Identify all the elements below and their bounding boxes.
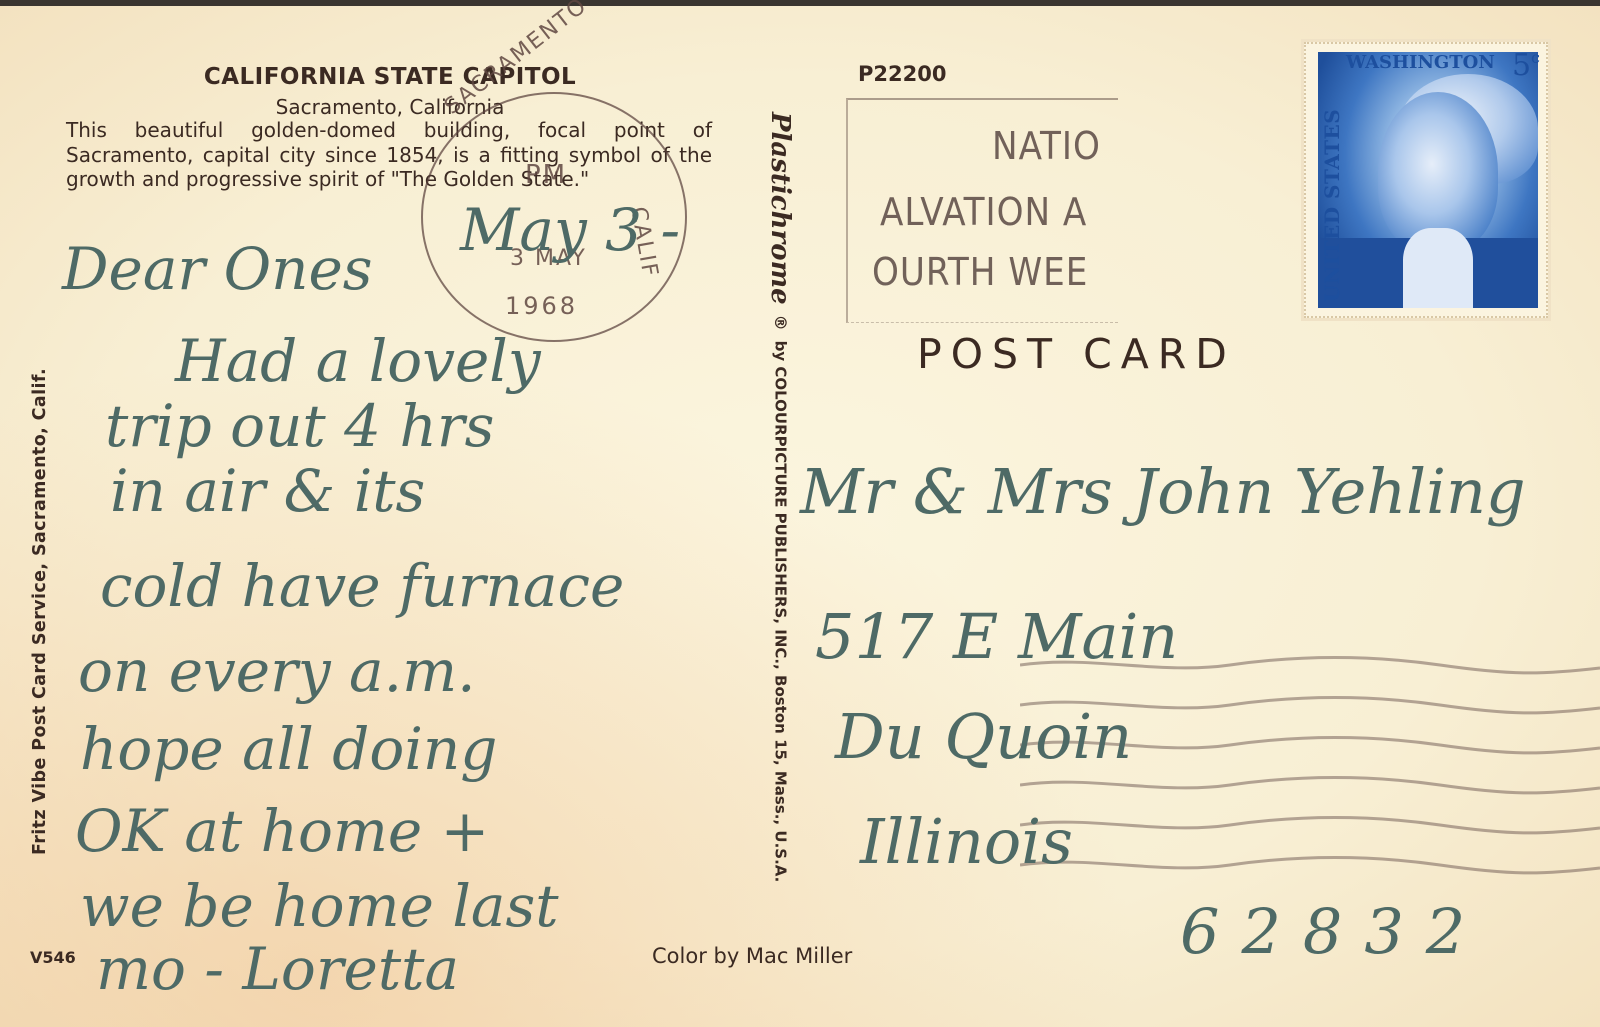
slogan-line: OURTH WEE <box>872 250 1088 294</box>
publisher-brand: Plastichrome <box>765 112 795 305</box>
card-title: CALIFORNIA STATE CAPITOL <box>60 64 720 90</box>
distributor-credit: Fritz Vibe Post Card Service, Sacramento… <box>30 368 50 855</box>
message-line: on every a.m. <box>78 640 476 702</box>
stamp-country: UNITED STATES <box>1320 109 1344 302</box>
product-code: P22200 <box>858 62 946 86</box>
message-line: Had a lovely <box>175 330 541 392</box>
address-city: Du Quoin <box>835 700 1132 773</box>
series-number: V546 <box>30 948 76 967</box>
message-line: we be home last <box>80 875 559 937</box>
postcard-label: POST CARD <box>917 330 1236 378</box>
message-line: trip out 4 hrs <box>105 395 494 457</box>
message-line: Dear Ones <box>62 238 373 300</box>
card-top-edge <box>0 0 1600 6</box>
message-line: in air & its <box>110 460 425 522</box>
slogan-line: ALVATION A <box>880 190 1087 234</box>
address-recipient: Mr & Mrs John Yehling <box>800 455 1526 528</box>
postcard-back: CALIFORNIA STATE CAPITOL Sacramento, Cal… <box>0 0 1600 1027</box>
stamp-subject: WASHINGTON <box>1346 52 1495 73</box>
stamp-portrait <box>1318 52 1538 308</box>
postage-stamp: WASHINGTON 5c UNITED STATES <box>1304 42 1548 318</box>
slogan-line: NATIO <box>992 124 1101 168</box>
message-line: OK at home + <box>75 800 489 862</box>
address-zip: 62832 <box>1180 895 1487 968</box>
address-street: 517 E Main <box>815 600 1178 673</box>
photo-credit: Color by Mac Miller <box>652 944 852 968</box>
message-signature: mo - Loretta <box>96 938 459 1000</box>
publisher-line: by COLOURPICTURE PUBLISHERS, INC., Bosto… <box>772 341 790 883</box>
publisher-credit: Plastichrome®by COLOURPICTURE PUBLISHERS… <box>765 112 795 882</box>
address-state: Illinois <box>860 805 1073 878</box>
postmark-time: PM <box>525 160 567 190</box>
stamp-denomination: 5c <box>1512 48 1540 83</box>
registered-mark-icon: ® <box>772 315 791 331</box>
postmark-year: 1968 <box>505 292 578 320</box>
message-line: cold have furnace <box>100 555 624 617</box>
denomination-unit: c <box>1531 48 1540 67</box>
handwritten-date: May 3 - <box>460 196 680 264</box>
portrait-cravat <box>1403 228 1473 308</box>
denomination-value: 5 <box>1512 48 1531 83</box>
message-line: hope all doing <box>80 718 497 780</box>
